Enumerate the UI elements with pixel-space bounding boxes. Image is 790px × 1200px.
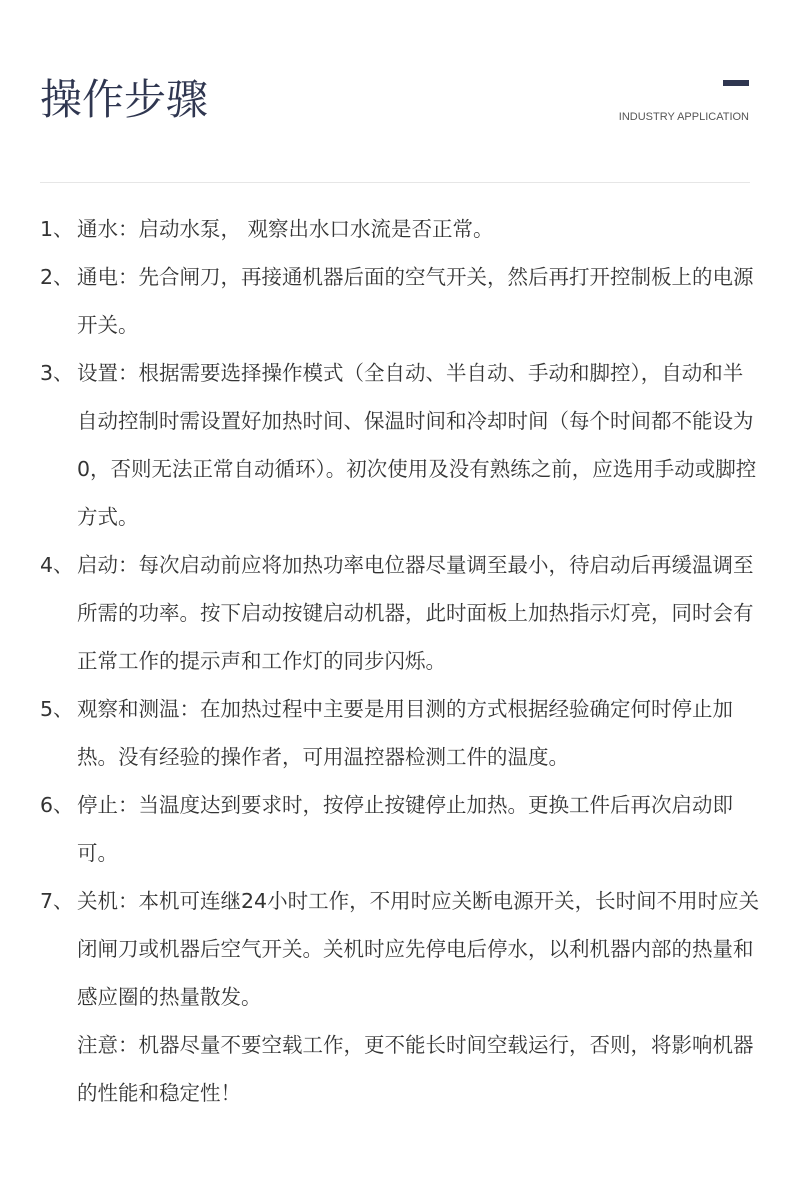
- operation-steps-list: 1、 通水：启动水泵， 观察出水口水流是否正常。 2、 通电：先合闸刀，再接通机…: [40, 205, 760, 1117]
- step-item: 3、 设置：根据需要选择操作模式（全自动、半自动、手动和脚控），自动和半自动控制…: [40, 349, 760, 541]
- step-text: 通电：先合闸刀，再接通机器后面的空气开关，然后再打开控制板上的电源开关。: [77, 253, 760, 349]
- step-text: 观察和测温：在加热过程中主要是用目测的方式根据经验确定何时停止加热。没有经验的操…: [77, 685, 760, 781]
- step-text: 停止：当温度达到要求时，按停止按键停止加热。更换工件后再次启动即可。: [77, 781, 760, 877]
- header-divider: [40, 182, 750, 183]
- step-text: 启动：每次启动前应将加热功率电位器尽量调至最小，待启动后再缓温调至所需的功率。按…: [77, 541, 760, 685]
- warning-note: 注意：机器尽量不要空载工作，更不能长时间空载运行，否则，将影响机器的性能和稳定性…: [40, 1021, 760, 1117]
- step-number: 4、: [40, 541, 74, 589]
- step-item: 6、 停止：当温度达到要求时，按停止按键停止加热。更换工件后再次启动即可。: [40, 781, 760, 877]
- step-number: 1、: [40, 205, 74, 253]
- step-item: 5、 观察和测温：在加热过程中主要是用目测的方式根据经验确定何时停止加热。没有经…: [40, 685, 760, 781]
- step-number: 7、: [40, 877, 74, 925]
- note-text: 注意：机器尽量不要空载工作，更不能长时间空载运行，否则，将影响机器的性能和稳定性…: [77, 1033, 754, 1105]
- step-item: 1、 通水：启动水泵， 观察出水口水流是否正常。: [40, 205, 760, 253]
- step-item: 2、 通电：先合闸刀，再接通机器后面的空气开关，然后再打开控制板上的电源开关。: [40, 253, 760, 349]
- step-number: 2、: [40, 253, 74, 301]
- step-number: 3、: [40, 349, 74, 397]
- step-text: 关机：本机可连继24小时工作，不用时应关断电源开关，长时间不用时应关闭闸刀或机器…: [77, 877, 760, 1021]
- step-text: 通水：启动水泵， 观察出水口水流是否正常。: [77, 205, 760, 253]
- page-title: 操作步骤: [40, 70, 208, 130]
- step-item: 4、 启动：每次启动前应将加热功率电位器尽量调至最小，待启动后再缓温调至所需的功…: [40, 541, 760, 685]
- step-number: 5、: [40, 685, 74, 733]
- step-item: 7、 关机：本机可连继24小时工作，不用时应关断电源开关，长时间不用时应关闭闸刀…: [40, 877, 760, 1021]
- step-text: 设置：根据需要选择操作模式（全自动、半自动、手动和脚控），自动和半自动控制时需设…: [77, 349, 760, 541]
- accent-bar: [723, 80, 749, 86]
- section-subtitle: INDUSTRY APPLICATION: [619, 110, 749, 124]
- step-number: 6、: [40, 781, 74, 829]
